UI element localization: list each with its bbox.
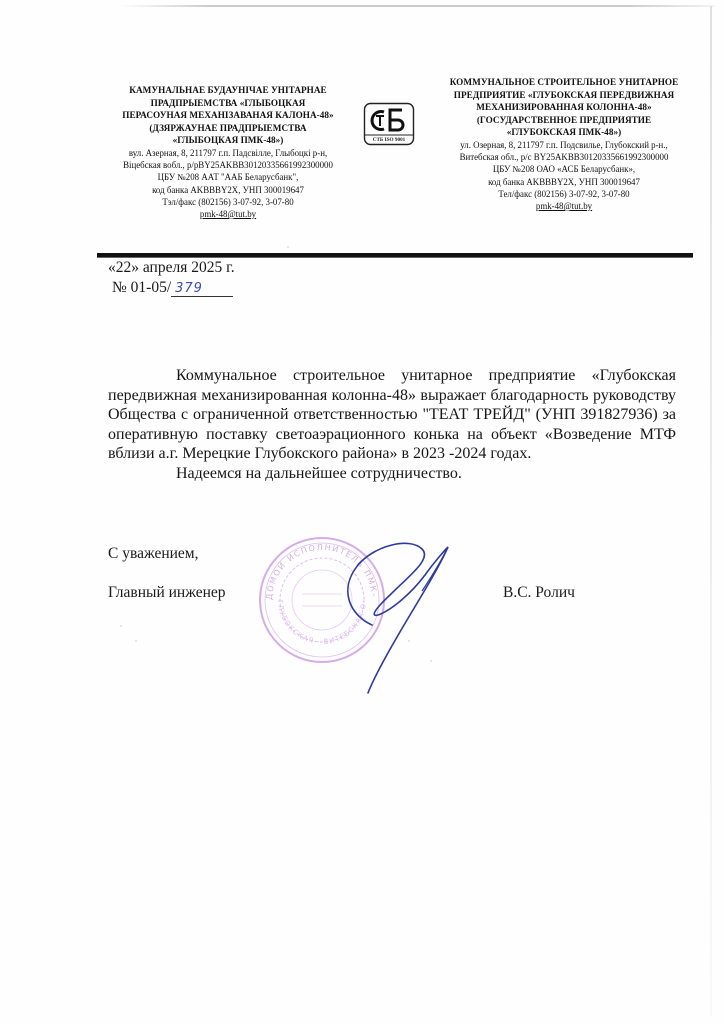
org-detail-line: Тэл/факс (802156) 3-07-92, 3-07-80 — [100, 196, 356, 208]
org-name-line: ПЕРАСОУНАЯ МЕХАНІЗАВАНАЯ КАЛОНА-48» — [100, 109, 356, 122]
org-detail-line: код банка AKBBBY2X, УНП 300019647 — [100, 184, 356, 196]
letter-body: Коммунальное строительное унитарное пред… — [108, 366, 676, 484]
org-detail-line: Витебская обл., р/с BY25AKBB301203356619… — [433, 151, 695, 163]
body-paragraph: Коммунальное строительное унитарное пред… — [108, 366, 676, 464]
org-name-line: МЕХАНИЗИРОВАННАЯ КОЛОННА-48» — [433, 101, 695, 114]
org-detail-line: ЦБУ №208 ААТ "ААБ Беларусбанк", — [100, 171, 356, 183]
org-name-line: «ГЛУБОКСКАЯ ПМК-48») — [433, 126, 695, 139]
org-name-line: ПРЕДПРИЯТИЕ «ГЛУБОКСКАЯ ПЕРЕДВИЖНАЯ — [433, 89, 695, 102]
org-detail-line: вул. Азерная, 8, 211797 г.п. Падсвілле, … — [100, 147, 356, 159]
letter-date: «22» апреля 2025 г. — [108, 258, 235, 277]
org-detail-line: Віцебская вобл., р/рBY25AKBB301203356619… — [100, 159, 356, 171]
org-detail-line: код банка AKBBBY2X, УНП 300019647 — [433, 176, 695, 188]
org-detail-line: ЦБУ №208 ОАО «АСБ Беларусбанк», — [433, 163, 695, 175]
org-name-line: КОММУНАЛЬНОЕ СТРОИТЕЛЬНОЕ УНИТАРНОЕ — [433, 76, 695, 89]
scan-noise — [408, 640, 410, 642]
signer-name: В.С. Ролич — [503, 583, 575, 602]
org-name-line: (ДЗЯРЖАУНАЕ ПРАДПРЫЕМСТВА — [100, 122, 356, 135]
org-name-line: КАМУНАЛЬНАЕ БУДАУНІЧАЕ УНІТАРНАЕ — [100, 84, 356, 97]
email-link-right[interactable]: pmk-48@tut.by — [433, 200, 695, 212]
org-name-line: «ГЛЫБОЦКАЯ ПМК-48») — [100, 134, 356, 147]
closing-salutation: С уважением, — [108, 544, 199, 563]
handwritten-signature-icon — [330, 535, 460, 695]
scan-noise — [120, 625, 122, 627]
scan-edge-right — [710, 6, 712, 1016]
signer-position: Главный инженер — [108, 583, 226, 602]
letter-number-prefix: № 01-05/ — [112, 279, 171, 296]
body-paragraph: Надеемся на дальнейшее сотрудничество. — [108, 464, 676, 484]
org-detail-line: Тел/факс (802156) 3-07-92, 3-07-80 — [433, 188, 695, 200]
scan-noise — [135, 640, 137, 642]
scanned-letter-page: КАМУНАЛЬНАЕ БУДАУНІЧАЕ УНІТАРНАЕ ПРАДПРЫ… — [0, 0, 724, 1024]
handwritten-reg-number: 379 — [171, 282, 233, 297]
org-name-line: ПРАДПРЫЕМСТВА «ГЛЫБОЦКАЯ — [100, 97, 356, 110]
letter-number: № 01-05/379 — [112, 278, 233, 297]
email-link-left[interactable]: pmk-48@tut.by — [100, 208, 356, 220]
scan-noise — [430, 660, 432, 662]
stb-certification-logo: СТБ ISO 9001 — [363, 102, 415, 150]
org-name-line: (ГОСУДАРСТВЕННОЕ ПРЕДПРИЯТИЕ — [433, 114, 695, 127]
letterhead-right-russian: КОММУНАЛЬНОЕ СТРОИТЕЛЬНОЕ УНИТАРНОЕ ПРЕД… — [433, 76, 695, 212]
scan-edge-top — [120, 5, 715, 7]
scan-noise — [287, 246, 289, 248]
org-detail-line: ул. Озерная, 8, 211797 г.п. Подсвилье, Г… — [433, 139, 695, 151]
logo-caption: СТБ ISO 9001 — [363, 137, 415, 143]
letterhead-left-belarusian: КАМУНАЛЬНАЕ БУДАУНІЧАЕ УНІТАРНАЕ ПРАДПРЫ… — [100, 84, 356, 220]
